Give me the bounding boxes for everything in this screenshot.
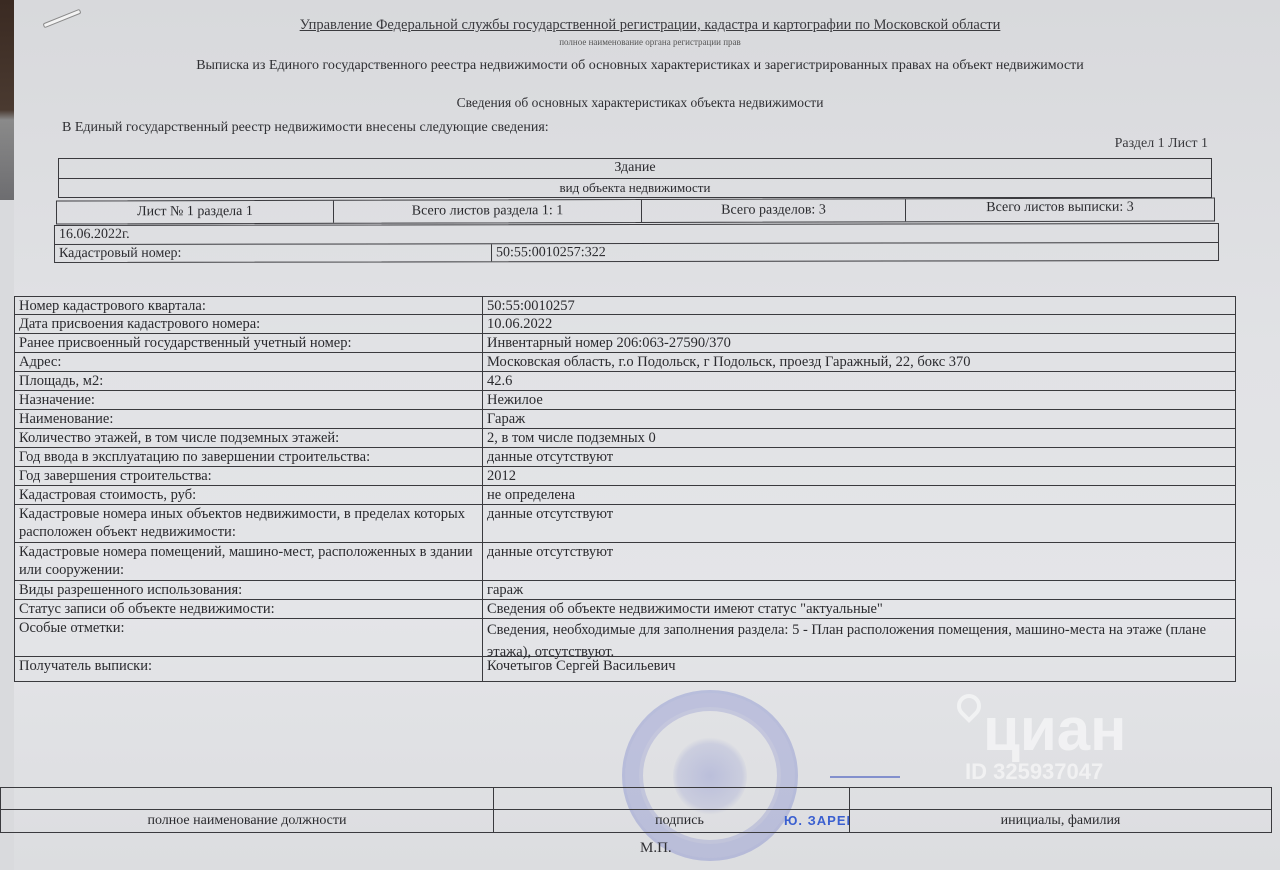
property-value: Сведения об объекте недвижимости имеют с… [483, 600, 1235, 618]
property-row: Площадь, м2:42.6 [15, 372, 1235, 391]
extract-date: 16.06.2022г. [55, 224, 1218, 244]
signature-table: полное наименование должности подпись Ю.… [0, 787, 1272, 833]
property-row: Год завершения строительства:2012 [15, 467, 1235, 486]
document-title: Выписка из Единого государственного реес… [100, 58, 1180, 74]
property-row: Ранее присвоенный государственный учетны… [15, 334, 1235, 353]
property-label: Статус записи об объекте недвижимости: [15, 600, 483, 618]
property-label: Номер кадастрового квартала: [15, 297, 483, 314]
property-label: Дата присвоения кадастрового номера: [15, 315, 483, 333]
property-value: Нежилое [483, 391, 1235, 409]
property-label: Кадастровая стоимость, руб: [15, 486, 483, 504]
property-value: данные отсутствуют [483, 505, 1235, 542]
total-sheets: Всего листов выписки: 3 [905, 198, 1214, 221]
sheets-in-section: Всего листов раздела 1: 1 [333, 200, 641, 223]
property-row: Год ввода в эксплуатацию по завершении с… [15, 448, 1235, 467]
signature-caption: подпись [655, 813, 704, 828]
signature-field [493, 788, 849, 810]
official-seal-icon [622, 690, 798, 861]
total-sections: Всего разделов: 3 [641, 199, 905, 222]
property-value: Кочетыгов Сергей Васильевич [483, 657, 1235, 681]
property-row: Кадастровая стоимость, руб:не определена [15, 486, 1235, 505]
signature-caption-cell: подпись Ю. ЗАРЕВА [493, 810, 849, 832]
property-value: гараж [483, 581, 1235, 599]
property-label: Виды разрешенного использования: [15, 581, 483, 599]
property-value: 50:55:0010257 [483, 297, 1235, 314]
property-value: 42.6 [483, 372, 1235, 390]
property-value: 2, в том числе подземных 0 [483, 429, 1235, 447]
property-value: 10.06.2022 [483, 315, 1235, 333]
property-label: Назначение: [15, 391, 483, 409]
property-row: Адрес:Московская область, г.о Подольск, … [15, 353, 1235, 372]
property-label: Год ввода в эксплуатацию по завершении с… [15, 448, 483, 466]
property-row: Статус записи об объекте недвижимости:Св… [15, 600, 1235, 619]
seal-caption: М.П. [640, 840, 672, 857]
stamped-signatory-name: Ю. ЗАРЕВА [784, 810, 849, 832]
property-row: Номер кадастрового квартала:50:55:001025… [15, 297, 1235, 315]
page-reference: Раздел 1 Лист 1 [1115, 136, 1208, 152]
object-type-caption-row: вид объекта недвижимости [59, 179, 1211, 197]
object-type-box: Здание вид объекта недвижимости [58, 158, 1212, 198]
property-row: Получатель выписки:Кочетыгов Сергей Васи… [15, 657, 1235, 681]
property-value: 2012 [483, 467, 1235, 485]
object-type: Здание [59, 159, 1211, 178]
property-label: Получатель выписки: [15, 657, 483, 681]
position-field [1, 788, 493, 810]
property-value: Инвентарный номер 206:063-27590/370 [483, 334, 1235, 352]
property-row: Дата присвоения кадастрового номера:10.0… [15, 315, 1235, 334]
property-label: Площадь, м2: [15, 372, 483, 390]
object-type-caption: вид объекта недвижимости [59, 179, 1211, 197]
property-row: Виды разрешенного использования:гараж [15, 581, 1235, 600]
intro-text: В Единый государственный реестр недвижим… [62, 120, 549, 136]
organization-title: Управление Федеральной службы государств… [250, 17, 1050, 34]
section-title: Сведения об основных характеристиках объ… [100, 95, 1180, 111]
property-value: Сведения, необходимые для заполнения раз… [483, 619, 1235, 656]
signature-stroke [830, 776, 900, 778]
property-label: Наименование: [15, 410, 483, 428]
sheet-info-box: Лист № 1 раздела 1 Всего листов раздела … [56, 197, 1215, 224]
property-row: Особые отметки:Сведения, необходимые для… [15, 619, 1235, 657]
property-label: Кадастровые номера помещений, машино-мес… [15, 543, 483, 580]
cadastral-number-label: Кадастровый номер: [55, 244, 491, 262]
property-row: Наименование:Гараж [15, 410, 1235, 429]
property-row: Кадастровые номера помещений, машино-мес… [15, 543, 1235, 581]
property-row: Назначение:Нежилое [15, 391, 1235, 410]
object-type-row: Здание [59, 159, 1211, 179]
property-value: не определена [483, 486, 1235, 504]
sheet-number: Лист № 1 раздела 1 [57, 201, 333, 224]
property-label: Количество этажей, в том числе подземных… [15, 429, 483, 447]
property-row: Кадастровые номера иных объектов недвижи… [15, 505, 1235, 543]
property-value: Гараж [483, 410, 1235, 428]
name-field [849, 788, 1271, 810]
property-value: данные отсутствуют [483, 448, 1235, 466]
cadastral-number-row: Кадастровый номер: 50:55:0010257:322 [55, 243, 1218, 262]
organization-caption: полное наименование органа регистрации п… [250, 37, 1050, 47]
property-row: Количество этажей, в том числе подземных… [15, 429, 1235, 448]
property-value: Московская область, г.о Подольск, г Подо… [483, 353, 1235, 371]
property-value: данные отсутствуют [483, 543, 1235, 580]
position-caption: полное наименование должности [1, 810, 493, 832]
property-label: Ранее присвоенный государственный учетны… [15, 334, 483, 352]
name-caption: инициалы, фамилия [849, 810, 1271, 832]
property-label: Адрес: [15, 353, 483, 371]
property-label: Год завершения строительства: [15, 467, 483, 485]
date-row: 16.06.2022г. [55, 224, 1218, 245]
properties-table: Номер кадастрового квартала:50:55:001025… [14, 296, 1236, 682]
property-label: Особые отметки: [15, 619, 483, 656]
cadastral-box: 16.06.2022г. Кадастровый номер: 50:55:00… [54, 223, 1219, 263]
property-label: Кадастровые номера иных объектов недвижи… [15, 505, 483, 542]
cadastral-number-value: 50:55:0010257:322 [491, 243, 1218, 261]
